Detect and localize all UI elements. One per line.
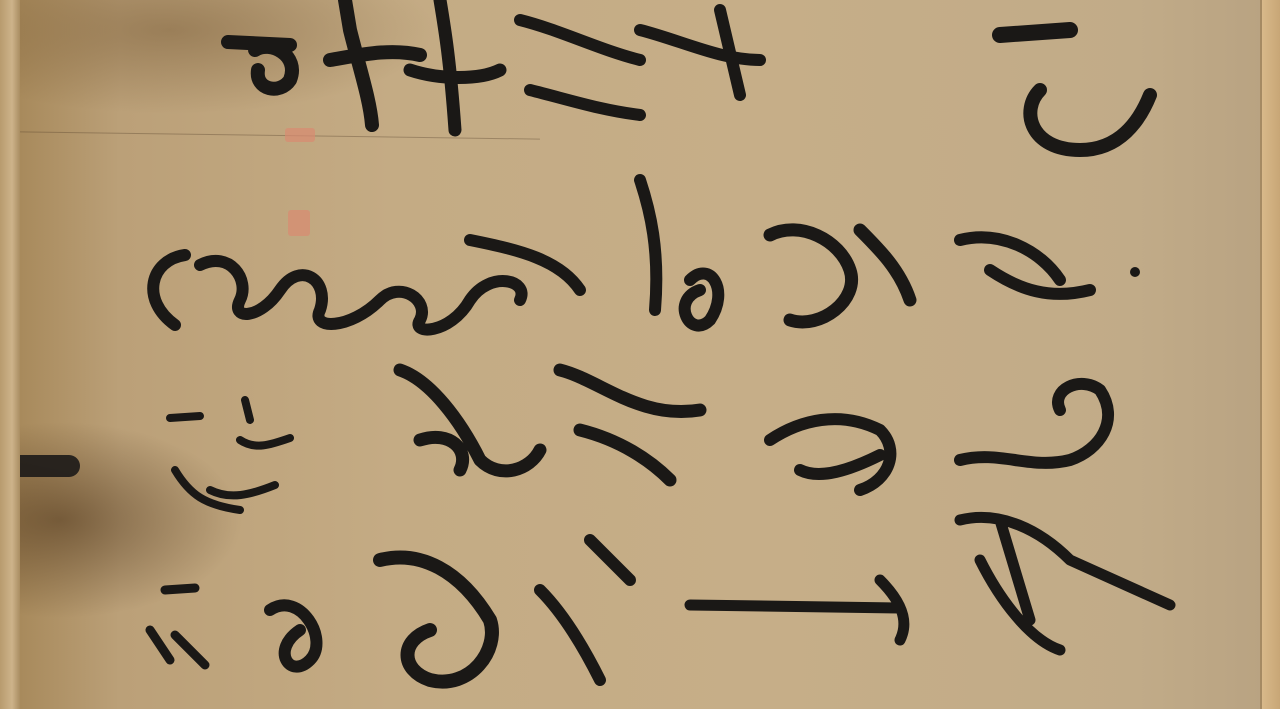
- calligraphy-strokes: [0, 0, 1280, 709]
- calligraphy-photo: [0, 0, 1280, 709]
